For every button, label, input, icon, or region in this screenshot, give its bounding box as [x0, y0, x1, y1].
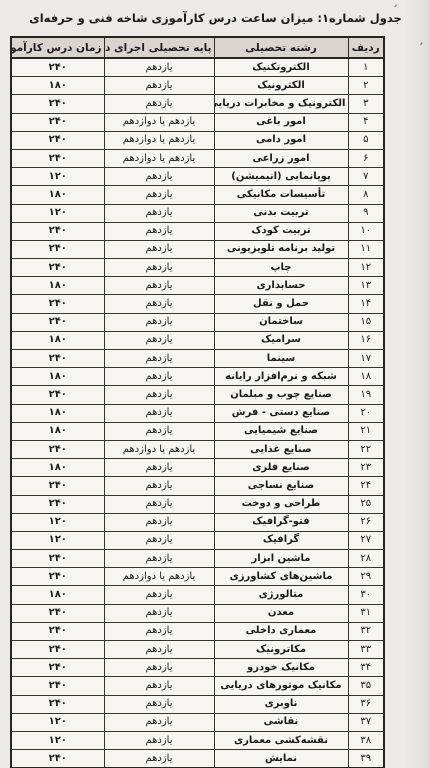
hours-cell: ۲۴۰: [11, 222, 104, 240]
field-cell: پویانمایی (انیمیشن): [214, 168, 348, 186]
grade-cell: یازدهم یا دوازدهم: [104, 568, 214, 586]
hours-cell: ۲۴۰: [11, 295, 104, 313]
row-number-cell: ۵: [348, 131, 384, 149]
row-number-cell: ۲۷: [348, 531, 384, 549]
row-number-cell: ۴: [348, 113, 384, 131]
row-number-cell: ۷: [348, 168, 384, 186]
field-cell: الکترونیک: [214, 77, 348, 95]
row-number-cell: ۱۴: [348, 295, 384, 313]
hours-cell: ۱۲۰: [11, 513, 104, 531]
table-row: ۲الکترونیکیازدهم۱۸۰: [11, 77, 384, 95]
hours-cell: ۲۴۰: [11, 695, 104, 713]
row-number-cell: ۳۵: [348, 677, 384, 695]
field-cell: مکاترونیک: [214, 641, 348, 659]
table-row: ۳۱معدنیازدهم۲۴۰: [11, 604, 384, 622]
table-row: ۳۰متالورژییازدهم۱۸۰: [11, 586, 384, 604]
table-row: ۲۲صنایع غذایییازدهم یا دوازدهم۲۴۰: [11, 440, 384, 458]
table-row: ۷پویانمایی (انیمیشن)یازدهم۱۲۰: [11, 168, 384, 186]
header-row-number: ردیف: [348, 37, 384, 58]
hours-cell: ۲۴۰: [11, 750, 104, 768]
field-cell: شبکه و نرم‌افزار رایانه: [214, 368, 348, 386]
table-header: ردیف رشته تحصیلی پایه تحصیلی اجرای درس ز…: [11, 37, 384, 58]
table-row: ۸تأسیسات مکانیکییازدهم۱۸۰: [11, 186, 384, 204]
table-row: ۲۸ماشین ابزاریازدهم۲۴۰: [11, 550, 384, 568]
hours-cell: ۱۲۰: [11, 168, 104, 186]
table-row: ۲۷گرافیکیازدهم۱۲۰: [11, 531, 384, 549]
table-row: ۴امور باغییازدهم یا دوازدهم۲۴۰: [11, 113, 384, 131]
grade-cell: یازدهم: [104, 713, 214, 731]
scanned-document-page: ’ ’ جدول شماره۱: میزان ساعت درس کارآموزی…: [0, 0, 429, 768]
table-row: ۳۲معماری داخلییازدهم۲۴۰: [11, 622, 384, 640]
hours-cell: ۲۴۰: [11, 622, 104, 640]
hours-cell: ۲۴۰: [11, 477, 104, 495]
table-row: ۱۴حمل و نقلیازدهم۲۴۰: [11, 295, 384, 313]
table-row: ۳الکترونیک و مخابرات دریایییازدهم۲۴۰: [11, 95, 384, 113]
grade-cell: یازدهم: [104, 277, 214, 295]
field-cell: متالورژی: [214, 586, 348, 604]
table-row: ۳۸نقشه‌کشی معمارییازدهم۱۲۰: [11, 731, 384, 749]
hours-cell: ۱۸۰: [11, 331, 104, 349]
field-cell: مکانیک موتورهای دریایی: [214, 677, 348, 695]
hours-cell: ۲۴۰: [11, 677, 104, 695]
grade-cell: یازدهم: [104, 604, 214, 622]
field-cell: معماری داخلی: [214, 622, 348, 640]
hours-cell: ۱۲۰: [11, 713, 104, 731]
table-row: ۳۳مکاترونیکیازدهم۲۴۰: [11, 641, 384, 659]
header-row: ردیف رشته تحصیلی پایه تحصیلی اجرای درس ز…: [11, 37, 384, 58]
grade-cell: یازدهم: [104, 350, 214, 368]
grade-cell: یازدهم: [104, 368, 214, 386]
row-number-cell: ۱۶: [348, 331, 384, 349]
grade-cell: یازدهم: [104, 95, 214, 113]
grade-cell: یازدهم: [104, 404, 214, 422]
field-cell: مکانیک خودرو: [214, 659, 348, 677]
grade-cell: یازدهم: [104, 495, 214, 513]
grade-cell: یازدهم: [104, 259, 214, 277]
hours-cell: ۲۴۰: [11, 604, 104, 622]
field-cell: نمایش: [214, 750, 348, 768]
header-hours: زمان درس کارآموزی: [11, 37, 104, 58]
table-row: ۲۹ماشین‌های کشاورزییازدهم یا دوازدهم۲۴۰: [11, 568, 384, 586]
table-row: ۱۲چاپیازدهم۲۴۰: [11, 259, 384, 277]
row-number-cell: ۲۲: [348, 440, 384, 458]
field-cell: ناوبری: [214, 695, 348, 713]
hours-cell: ۲۴۰: [11, 440, 104, 458]
table-row: ۱۳حسابدارییازدهم۱۸۰: [11, 277, 384, 295]
row-number-cell: ۹: [348, 204, 384, 222]
hours-cell: ۱۲۰: [11, 204, 104, 222]
row-number-cell: ۱: [348, 58, 384, 77]
row-number-cell: ۳۴: [348, 659, 384, 677]
grade-cell: یازدهم: [104, 695, 214, 713]
grade-cell: یازدهم: [104, 313, 214, 331]
field-cell: فتو-گرافیک: [214, 513, 348, 531]
row-number-cell: ۳۱: [348, 604, 384, 622]
table-row: ۵امور دامییازدهم یا دوازدهم۲۴۰: [11, 131, 384, 149]
field-cell: امور زراعی: [214, 149, 348, 167]
field-cell: تربیت کودک: [214, 222, 348, 240]
field-cell: تربیت بدنی: [214, 204, 348, 222]
grade-cell: یازدهم یا دوازدهم: [104, 440, 214, 458]
hours-cell: ۲۴۰: [11, 313, 104, 331]
hours-cell: ۲۴۰: [11, 58, 104, 77]
row-number-cell: ۱۳: [348, 277, 384, 295]
row-number-cell: ۲۸: [348, 550, 384, 568]
hours-cell: ۲۴۰: [11, 113, 104, 131]
field-cell: الکتروتکنیک: [214, 58, 348, 77]
grade-cell: یازدهم: [104, 550, 214, 568]
table-row: ۲۳صنایع فلزییازدهم۱۸۰: [11, 459, 384, 477]
table-row: ۱۹صنایع چوب و مبلمانیازدهم۲۴۰: [11, 386, 384, 404]
grade-cell: یازدهم: [104, 513, 214, 531]
field-cell: صنایع غذایی: [214, 440, 348, 458]
field-cell: ماشین‌های کشاورزی: [214, 568, 348, 586]
row-number-cell: ۲۰: [348, 404, 384, 422]
table-row: ۳۴مکانیک خودرویازدهم۲۴۰: [11, 659, 384, 677]
row-number-cell: ۲۹: [348, 568, 384, 586]
row-number-cell: ۳۹: [348, 750, 384, 768]
field-cell: حسابداری: [214, 277, 348, 295]
row-number-cell: ۶: [348, 149, 384, 167]
row-number-cell: ۳۲: [348, 622, 384, 640]
hours-cell: ۱۸۰: [11, 404, 104, 422]
table-body: ۱الکتروتکنیکیازدهم۲۴۰۲الکترونیکیازدهم۱۸۰…: [11, 58, 384, 768]
hours-cell: ۲۴۰: [11, 240, 104, 258]
page-title: جدول شماره۱: میزان ساعت درس کارآموزی شاخ…: [14, 11, 417, 25]
table-row: ۳۶ناوبرییازدهم۲۴۰: [11, 695, 384, 713]
row-number-cell: ۳۷: [348, 713, 384, 731]
table-row: ۹تربیت بدنییازدهم۱۲۰: [11, 204, 384, 222]
row-number-cell: ۳۰: [348, 586, 384, 604]
header-grade: پایه تحصیلی اجرای درس: [104, 37, 214, 58]
hours-cell: ۲۴۰: [11, 386, 104, 404]
table-row: ۳۷نقاشییازدهم۱۲۰: [11, 713, 384, 731]
grade-cell: یازدهم یا دوازدهم: [104, 113, 214, 131]
row-number-cell: ۱۲: [348, 259, 384, 277]
field-cell: ساختمان: [214, 313, 348, 331]
hours-cell: ۱۸۰: [11, 186, 104, 204]
field-cell: گرافیک: [214, 531, 348, 549]
hours-cell: ۲۴۰: [11, 641, 104, 659]
field-cell: صنایع چوب و مبلمان: [214, 386, 348, 404]
training-hours-table-wrap: ردیف رشته تحصیلی پایه تحصیلی اجرای درس ز…: [10, 36, 383, 768]
grade-cell: یازدهم: [104, 168, 214, 186]
grade-cell: یازدهم: [104, 659, 214, 677]
row-number-cell: ۳: [348, 95, 384, 113]
field-cell: صنایع دستی - فرش: [214, 404, 348, 422]
field-cell: نقشه‌کشی معماری: [214, 731, 348, 749]
row-number-cell: ۲۱: [348, 422, 384, 440]
row-number-cell: ۱۵: [348, 313, 384, 331]
grade-cell: یازدهم: [104, 240, 214, 258]
row-number-cell: ۳۶: [348, 695, 384, 713]
row-number-cell: ۲۵: [348, 495, 384, 513]
table-row: ۲۵طراحی و دوختیازدهم۲۴۰: [11, 495, 384, 513]
field-cell: صنایع فلزی: [214, 459, 348, 477]
table-row: ۱۵ساختمانیازدهم۲۴۰: [11, 313, 384, 331]
row-number-cell: ۱۰: [348, 222, 384, 240]
row-number-cell: ۱۹: [348, 386, 384, 404]
hours-cell: ۱۸۰: [11, 277, 104, 295]
field-cell: طراحی و دوخت: [214, 495, 348, 513]
grade-cell: یازدهم: [104, 477, 214, 495]
grade-cell: یازدهم: [104, 295, 214, 313]
row-number-cell: ۲۴: [348, 477, 384, 495]
table-row: ۲۰صنایع دستی - فرشیازدهم۱۸۰: [11, 404, 384, 422]
training-hours-table: ردیف رشته تحصیلی پایه تحصیلی اجرای درس ز…: [10, 36, 385, 768]
field-cell: تأسیسات مکانیکی: [214, 186, 348, 204]
table-row: ۱۷سینمایازدهم۲۴۰: [11, 350, 384, 368]
field-cell: چاپ: [214, 259, 348, 277]
hours-cell: ۱۲۰: [11, 731, 104, 749]
table-row: ۱۱تولید برنامه تلویزیونییازدهم۲۴۰: [11, 240, 384, 258]
table-row: ۱الکتروتکنیکیازدهم۲۴۰: [11, 58, 384, 77]
field-cell: نقاشی: [214, 713, 348, 731]
grade-cell: یازدهم: [104, 186, 214, 204]
table-row: ۱۰تربیت کودکیازدهم۲۴۰: [11, 222, 384, 240]
row-number-cell: ۲۳: [348, 459, 384, 477]
field-cell: ماشین ابزار: [214, 550, 348, 568]
row-number-cell: ۳۳: [348, 641, 384, 659]
field-cell: حمل و نقل: [214, 295, 348, 313]
hours-cell: ۲۴۰: [11, 149, 104, 167]
hours-cell: ۱۸۰: [11, 459, 104, 477]
field-cell: امور دامی: [214, 131, 348, 149]
field-cell: الکترونیک و مخابرات دریایی: [214, 95, 348, 113]
hours-cell: ۲۴۰: [11, 95, 104, 113]
row-number-cell: ۲۶: [348, 513, 384, 531]
hours-cell: ۲۴۰: [11, 259, 104, 277]
row-number-cell: ۳۸: [348, 731, 384, 749]
hours-cell: ۱۸۰: [11, 77, 104, 95]
table-row: ۳۵مکانیک موتورهای دریایییازدهم۲۴۰: [11, 677, 384, 695]
grade-cell: یازدهم: [104, 386, 214, 404]
field-cell: سرامیک: [214, 331, 348, 349]
header-field-of-study: رشته تحصیلی: [214, 37, 348, 58]
grade-cell: یازدهم یا دوازدهم: [104, 131, 214, 149]
hours-cell: ۱۸۰: [11, 368, 104, 386]
hours-cell: ۲۴۰: [11, 131, 104, 149]
grade-cell: یازدهم: [104, 58, 214, 77]
row-number-cell: ۸: [348, 186, 384, 204]
grade-cell: یازدهم: [104, 222, 214, 240]
field-cell: تولید برنامه تلویزیونی: [214, 240, 348, 258]
row-number-cell: ۱۷: [348, 350, 384, 368]
field-cell: سینما: [214, 350, 348, 368]
table-row: ۲۱صنایع شیمیایییازدهم۱۸۰: [11, 422, 384, 440]
row-number-cell: ۲: [348, 77, 384, 95]
grade-cell: یازدهم: [104, 677, 214, 695]
hours-cell: ۱۲۰: [11, 531, 104, 549]
table-row: ۶امور زراعییازدهم یا دوازدهم۲۴۰: [11, 149, 384, 167]
grade-cell: یازدهم: [104, 204, 214, 222]
field-cell: معدن: [214, 604, 348, 622]
table-row: ۱۸شبکه و نرم‌افزار رایانهیازدهم۱۸۰: [11, 368, 384, 386]
hours-cell: ۱۸۰: [11, 586, 104, 604]
table-row: ۲۶فتو-گرافیکیازدهم۱۲۰: [11, 513, 384, 531]
grade-cell: یازدهم: [104, 622, 214, 640]
row-number-cell: ۱۱: [348, 240, 384, 258]
table-row: ۳۹نمایشیازدهم۲۴۰: [11, 750, 384, 768]
hours-cell: ۲۴۰: [11, 495, 104, 513]
field-cell: امور باغی: [214, 113, 348, 131]
grade-cell: یازدهم: [104, 641, 214, 659]
table-row: ۱۶سرامیکیازدهم۱۸۰: [11, 331, 384, 349]
grade-cell: یازدهم: [104, 331, 214, 349]
grade-cell: یازدهم: [104, 586, 214, 604]
hours-cell: ۲۴۰: [11, 659, 104, 677]
grade-cell: یازدهم: [104, 422, 214, 440]
grade-cell: یازدهم: [104, 531, 214, 549]
field-cell: صنایع شیمیایی: [214, 422, 348, 440]
hours-cell: ۱۸۰: [11, 422, 104, 440]
grade-cell: یازدهم: [104, 731, 214, 749]
row-number-cell: ۱۸: [348, 368, 384, 386]
grade-cell: یازدهم یا دوازدهم: [104, 149, 214, 167]
hours-cell: ۲۴۰: [11, 350, 104, 368]
grade-cell: یازدهم: [104, 750, 214, 768]
table-row: ۲۴صنایع نساجییازدهم۲۴۰: [11, 477, 384, 495]
field-cell: صنایع نساجی: [214, 477, 348, 495]
grade-cell: یازدهم: [104, 459, 214, 477]
scan-artifact-mark: ’: [418, 42, 424, 53]
hours-cell: ۲۴۰: [11, 568, 104, 586]
hours-cell: ۲۴۰: [11, 550, 104, 568]
grade-cell: یازدهم: [104, 77, 214, 95]
